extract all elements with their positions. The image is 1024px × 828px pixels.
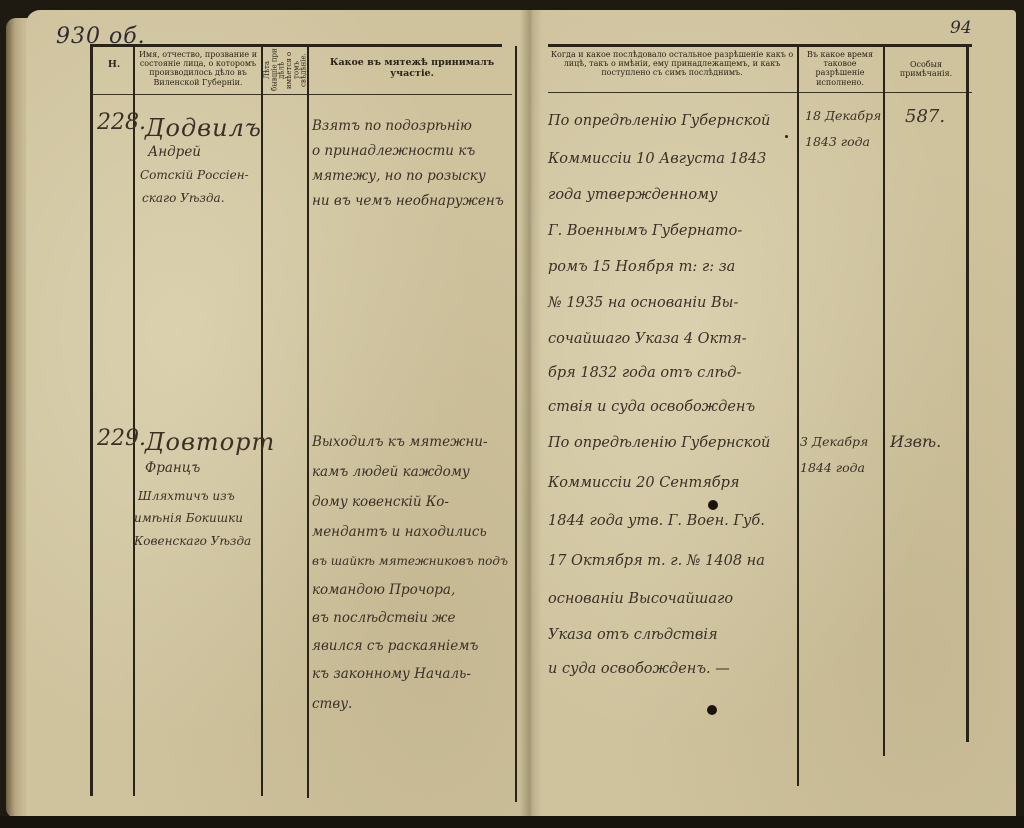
entry-status-line: Ковенскаго Уѣзда: [134, 535, 251, 547]
left-page-border: [90, 44, 93, 796]
participation-line: явился съ раскаяніемъ: [312, 640, 478, 654]
decision-line: и суда освобожденъ. —: [548, 662, 730, 677]
decision-line: 1844 года утв. Г. Воен. Губ.: [548, 514, 765, 529]
entry-note: 587.: [905, 108, 945, 126]
book-spine: [520, 10, 542, 818]
decision-line: Коммиссіи 20 Сентября: [548, 476, 740, 491]
divider-exec-time: [883, 46, 885, 756]
header-top-rule-right: [548, 44, 972, 47]
paper-hole: [707, 705, 717, 715]
exec-time-line: 18 Декабря: [805, 110, 881, 123]
header-top-rule: [92, 44, 502, 47]
header-participation: Какое въ мятежѣ принималъ участіе.: [312, 58, 512, 80]
header-name: Имя, отчество, прозвание и состояніе лиц…: [138, 50, 258, 87]
participation-line: Взятъ по подозрѣнію: [312, 120, 472, 134]
entry-status-line: скаго Уѣзда.: [142, 192, 225, 204]
decision-line: 17 Октября т. г. № 1408 на: [548, 554, 765, 569]
decision-line: По опредѣленію Губернской: [548, 436, 770, 451]
decision-line: ромъ 15 Ноября т: г: за: [548, 260, 735, 275]
entry-given-name: Францъ: [145, 462, 200, 476]
divider-decision: [797, 46, 799, 786]
decision-line: сочайшаго Указа 4 Октя-: [548, 332, 746, 347]
participation-line: командою Прочора,: [312, 584, 455, 598]
header-number: Н.: [98, 60, 130, 71]
entry-status-line: Шляхтичъ изъ: [138, 490, 235, 502]
decision-line: основаніи Высочайшаго: [548, 592, 733, 607]
right-page-border: [966, 44, 969, 742]
header-bottom-rule: [92, 94, 512, 95]
decision-line: Г. Военнымъ Губернато-: [548, 224, 742, 239]
decision-line: года утвержденному: [548, 188, 717, 203]
entry-number: 228.: [97, 112, 146, 134]
header-exec-time: Въ какое время таковое разрѣшеніе исполн…: [800, 50, 880, 87]
participation-line: въ послѣдствіи же: [312, 612, 455, 626]
participation-line: дому ковенскій Ко-: [312, 496, 449, 510]
entry-status-line: Сотскій Россіен-: [140, 169, 249, 181]
participation-line: мятежу, но по розыску: [312, 170, 486, 184]
decision-line: По опредѣленію Губернской: [548, 114, 770, 129]
decision-line: Коммиссіи 10 Августа 1843: [548, 152, 766, 167]
ledger-spread: 930 об. 94 Н. Имя, отчество, прозвание и…: [0, 0, 1024, 828]
divider-name: [261, 46, 263, 796]
entry-surname: Довторт: [145, 430, 275, 454]
header-notes: Особыя примѣчанія.: [886, 60, 966, 78]
entry-note: Извѣ.: [890, 434, 941, 450]
entry-status-line: имѣнія Бокишки: [134, 512, 243, 524]
participation-line: Выходилъ къ мятежни-: [312, 436, 488, 450]
exec-time-line: 3 Декабря: [800, 436, 868, 449]
participation-line: ству.: [312, 698, 352, 712]
participation-line: къ законному Началь-: [312, 668, 471, 682]
ink-dot: [785, 135, 788, 138]
decision-line: № 1935 на основаніи Вы-: [548, 296, 738, 311]
paper-hole: [708, 500, 718, 510]
exec-time-line: 1844 года: [800, 462, 865, 475]
header-decision: Когда и какое послѣдовало остальное разр…: [548, 50, 796, 78]
participation-line: въ шайкѣ мятежниковъ подъ: [312, 555, 508, 567]
participation-line: о принадлежности къ: [312, 145, 475, 159]
decision-line: ствія и суда освобожденъ: [548, 400, 755, 415]
bottom-shadow: [0, 816, 1024, 828]
exec-time-line: 1843 года: [805, 136, 870, 149]
divider-part: [515, 46, 517, 802]
entry-number: 229.: [97, 428, 146, 450]
folio-right: 94: [950, 18, 972, 38]
divider-age: [307, 46, 309, 798]
entry-surname: Додвилъ: [145, 116, 262, 140]
participation-line: ни въ чемъ необнаруженъ: [312, 195, 504, 209]
participation-line: мендантъ и находились: [312, 526, 487, 540]
divider-number: [133, 46, 135, 796]
decision-line: Указа отъ слѣдствія: [548, 628, 718, 643]
entry-given-name: Андрей: [148, 146, 201, 160]
header-bottom-rule-right: [548, 92, 972, 93]
decision-line: бря 1832 года отъ слѣд-: [548, 366, 741, 381]
header-age: Лѣта бывшіе при дѣлѣ имѣется о томъ свѣд…: [264, 48, 304, 92]
participation-line: камъ людей каждому: [312, 466, 470, 480]
